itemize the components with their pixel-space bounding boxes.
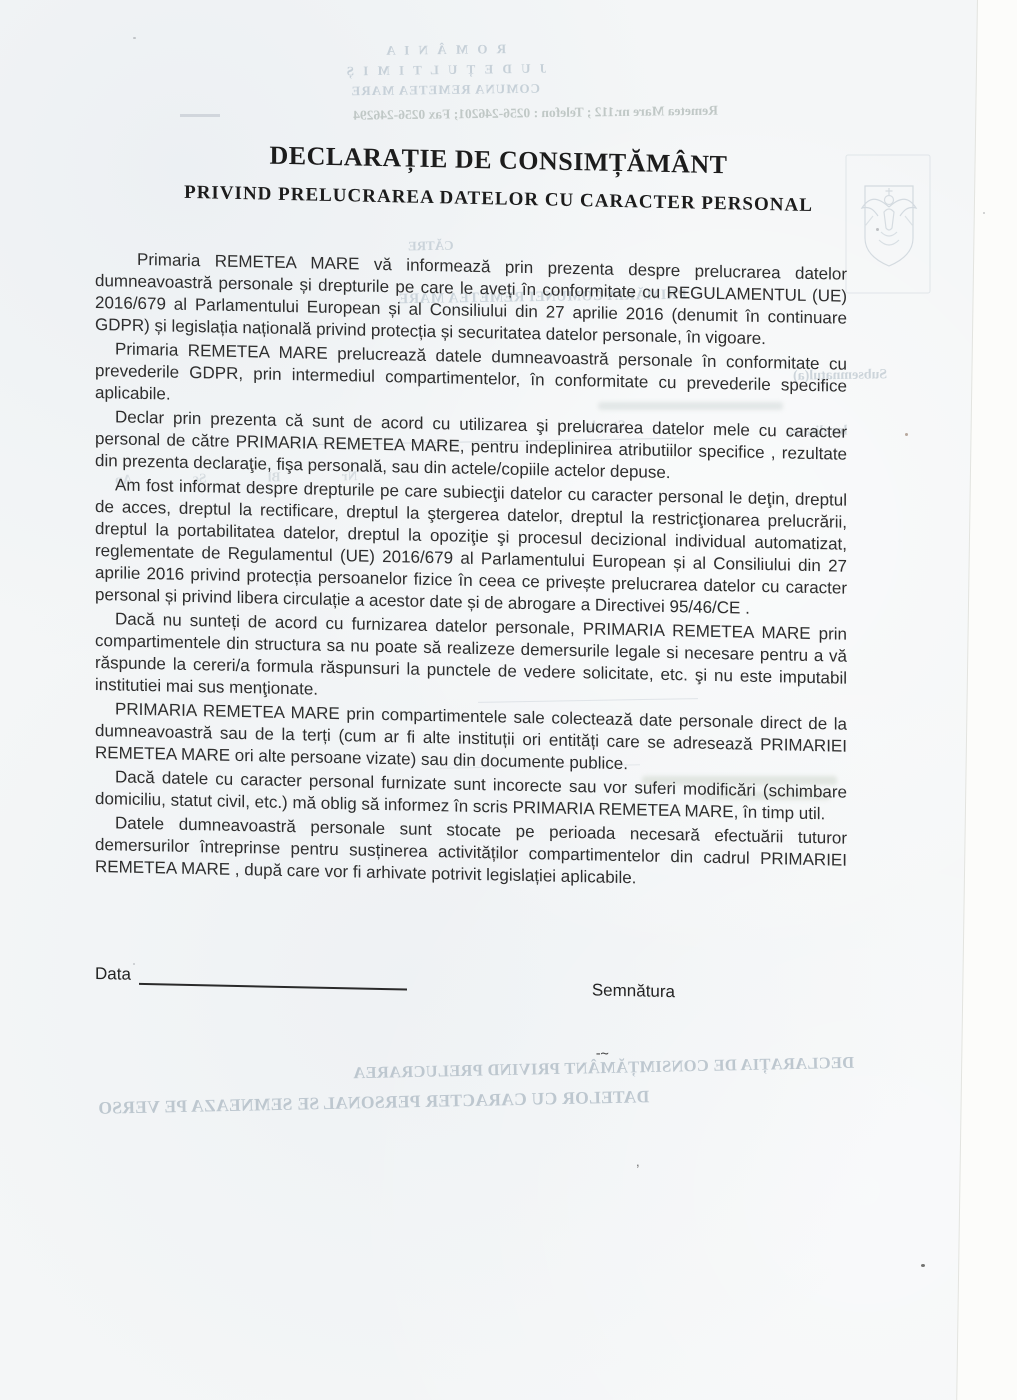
bleedthrough-commune: COMUNA REMETEA MARE [300, 78, 590, 102]
bleedthrough-county: J U D E Ț U L T I M I Ș [300, 58, 590, 82]
bleedthrough-letterhead: R O M Â N I A J U D E Ț U L T I M I Ș CO… [300, 38, 591, 102]
bleedthrough-verso-line2: DATELOR CU CARACTER PERSONAL SE SEMNEAZA… [98, 1086, 650, 1119]
scan-speck [133, 963, 135, 965]
scan-mark: -~ [594, 1046, 607, 1062]
document-heading: DECLARAȚIE DE CONSIMȚĂMÂNT PRIVIND PRELU… [150, 137, 847, 220]
date-label: Data [95, 964, 131, 985]
scanned-document-page: { "page": { "title": "DECLARAȚIE DE CONS… [0, 0, 1017, 1400]
bleedthrough-address: Remetea Mare nr.112 ; Telefon : 0256-246… [238, 103, 718, 126]
date-fill-line [139, 969, 407, 991]
scan-speck [921, 1264, 925, 1267]
signature-footer: Data Semnătura [95, 964, 847, 1000]
bleedthrough-rule [180, 114, 220, 117]
scan-speck [756, 312, 758, 314]
bleedthrough-country: R O M Â N I A [300, 38, 590, 62]
scan-speck [983, 212, 985, 214]
scan-speck [133, 37, 136, 39]
page-title: DECLARAȚIE DE CONSIMȚĂMÂNT [150, 137, 847, 184]
page-subtitle: PRIVIND PRELUCRAREA DATELOR CU CARACTER … [150, 179, 847, 220]
document-body: DECLARAȚIE DE CONSIMȚĂMÂNT PRIVIND PRELU… [95, 136, 847, 1000]
signature-label: Semnătura [592, 980, 675, 1002]
paragraph: Datele dumneavoastră personale sunt stoc… [95, 812, 847, 894]
coat-of-arms-watermark [843, 152, 935, 300]
paragraphs-block: Primaria REMETEA MARE vă informează prin… [95, 248, 847, 894]
scan-speck [905, 433, 908, 436]
scan-mark: , [636, 1154, 640, 1169]
paragraph: Am fost informat despre drepturile pe ca… [95, 474, 847, 622]
paragraph: Primaria REMETEA MARE vă informează prin… [95, 248, 847, 352]
scan-speck [876, 228, 879, 231]
paragraph: Dacă nu sunteți de acord cu furnizarea d… [95, 608, 847, 712]
